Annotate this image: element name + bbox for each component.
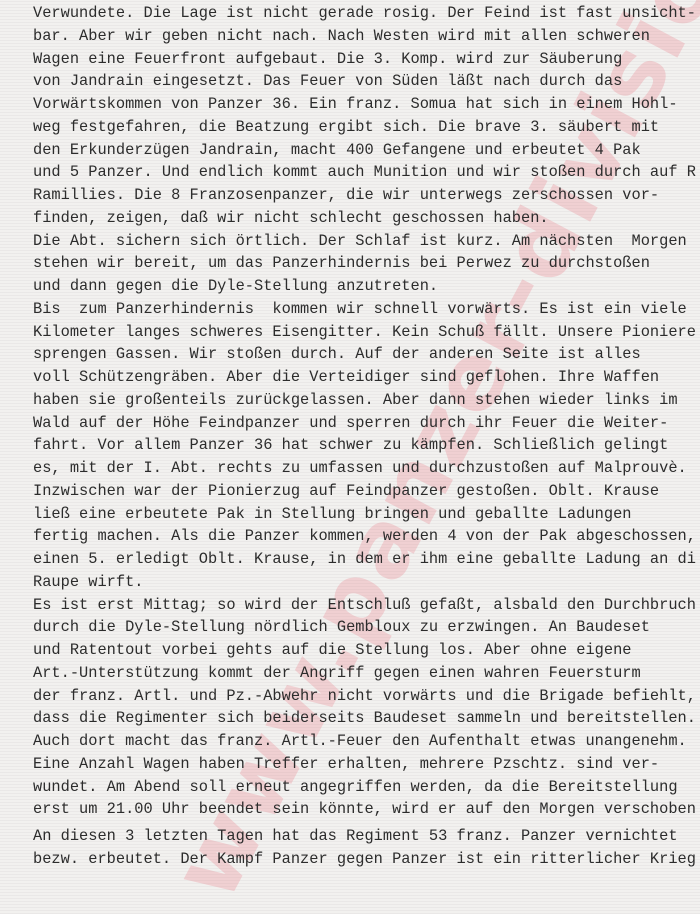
text-line: einen 5. erledigt Oblt. Krause, in dem e… xyxy=(33,548,700,571)
text-line: Bis zum Panzerhindernis kommen wir schne… xyxy=(33,298,700,321)
text-line: erst um 21.00 Uhr beendet sein könnte, w… xyxy=(33,798,700,821)
text-line: Ramillies. Die 8 Franzosenpanzer, die wi… xyxy=(33,184,700,207)
text-line: dass die Regimenter sich beiderseits Bau… xyxy=(33,707,700,730)
text-line: bar. Aber wir geben nicht nach. Nach Wes… xyxy=(33,25,700,48)
text-line: der franz. Artl. und Pz.-Abwehr nicht vo… xyxy=(33,685,700,708)
text-line: weg festgefahren, die Beatzung ergibt si… xyxy=(33,116,700,139)
text-line: bezw. erbeutet. Der Kampf Panzer gegen P… xyxy=(33,848,700,871)
text-line: und Ratentout vorbei gehts auf die Stell… xyxy=(33,639,700,662)
text-line: wundet. Am Abend soll erneut angegriffen… xyxy=(33,776,700,799)
text-line: Auch dort macht das franz. Artl.-Feuer d… xyxy=(33,730,700,753)
text-line: Art.-Unterstützung kommt der Angriff geg… xyxy=(33,662,700,685)
text-line: sprengen Gassen. Wir stoßen durch. Auf d… xyxy=(33,343,700,366)
text-line: den Erkunderzügen Jandrain, macht 400 Ge… xyxy=(33,139,700,162)
text-line: Wald auf der Höhe Feindpanzer und sperre… xyxy=(33,412,700,435)
text-line: fertig machen. Als die Panzer kommen, we… xyxy=(33,525,700,548)
text-line: stehen wir bereit, um das Panzerhinderni… xyxy=(33,252,700,275)
text-line: fahrt. Vor allem Panzer 36 hat schwer zu… xyxy=(33,434,700,457)
text-line: An diesen 3 letzten Tagen hat das Regime… xyxy=(33,825,700,848)
text-line: voll Schützengräben. Aber die Verteidige… xyxy=(33,366,700,389)
text-line: Verwundete. Die Lage ist nicht gerade ro… xyxy=(33,2,700,25)
text-line: durch die Dyle-Stellung nördlich Gemblou… xyxy=(33,616,700,639)
text-line: finden, zeigen, daß wir nicht schlecht g… xyxy=(33,207,700,230)
text-line: haben sie großenteils zurückgelassen. Ab… xyxy=(33,389,700,412)
text-line: und dann gegen die Dyle-Stellung anzutre… xyxy=(33,275,700,298)
text-line: Wagen eine Feuerfront aufgebaut. Die 3. … xyxy=(33,48,700,71)
text-line: und 5 Panzer. Und endlich kommt auch Mun… xyxy=(33,161,700,184)
text-line: Vorwärtskommen von Panzer 36. Ein franz.… xyxy=(33,93,700,116)
text-line: Inzwischen war der Pionierzug auf Feindp… xyxy=(33,480,700,503)
text-line: Raupe wirft. xyxy=(33,571,700,594)
text-line: es, mit der I. Abt. rechts zu umfassen u… xyxy=(33,457,700,480)
text-line: von Jandrain eingesetzt. Das Feuer von S… xyxy=(33,70,700,93)
typewritten-page: www.panzer-division.info Verwundete. Die… xyxy=(0,0,700,914)
text-line: Eine Anzahl Wagen haben Treffer erhalten… xyxy=(33,753,700,776)
text-line: ließ eine erbeutete Pak in Stellung brin… xyxy=(33,503,700,526)
document-body: Verwundete. Die Lage ist nicht gerade ro… xyxy=(33,2,700,871)
text-line: Die Abt. sichern sich örtlich. Der Schla… xyxy=(33,230,700,253)
text-line: Es ist erst Mittag; so wird der Entschlu… xyxy=(33,594,700,617)
text-line: Kilometer langes schweres Eisengitter. K… xyxy=(33,321,700,344)
